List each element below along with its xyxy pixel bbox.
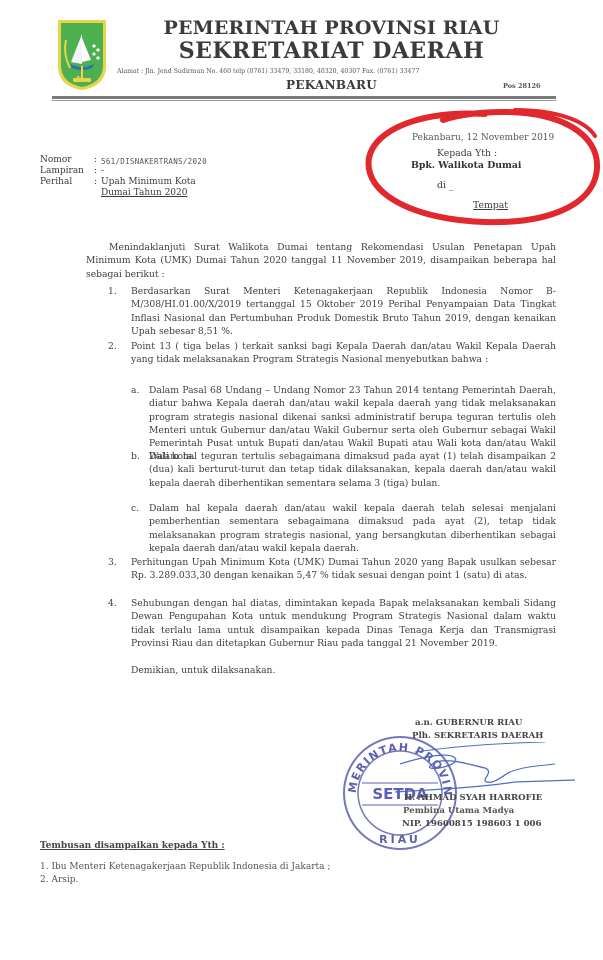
lampiran-label: Lampiran [40, 166, 100, 177]
letterhead-rule-thin [52, 100, 556, 101]
closing-text: Demikian, untuk dilaksanakan. [131, 664, 275, 677]
item-number: 3. [108, 556, 117, 569]
letterhead-rule [52, 96, 556, 99]
signatory-nip: NIP. 19600815 198603 1 006 [402, 819, 542, 829]
item-1-text: Berdasarkan Surat Menteri Ketenagakerjaa… [131, 285, 556, 338]
signatory-rank: Pembina Utama Madya [403, 806, 514, 816]
item-number: 4. [108, 597, 117, 610]
subitem-b-text: Dalam hal teguran tertulis sebagaimana d… [149, 450, 556, 490]
colon: : [94, 166, 97, 177]
intro-paragraph: Menindaklanjuti Surat Walikota Dumai ten… [86, 241, 556, 281]
letterhead-subtitle: SEKRETARIAT DAERAH [0, 38, 603, 64]
letterhead-postal: Pos 28126 [503, 82, 541, 90]
signature-on-behalf: a.n. GUBERNUR RIAU [415, 718, 522, 728]
perihal-label: Perihal [40, 177, 100, 188]
letterhead-address: Alamat : Jln. Jend Sudirman No. 460 telp… [117, 68, 419, 75]
cc-title: Tembusan disampaikan kepada Yth : [40, 841, 225, 851]
nomor-label: Nomor [40, 155, 100, 166]
cc-item: 1. Ibu Menteri Ketenagakerjaan Republik … [40, 862, 330, 872]
colon: : [94, 155, 97, 166]
red-annotation-circle [355, 106, 603, 231]
lampiran-value: - [101, 166, 104, 177]
perihal-value: Upah Minimum Kota [101, 177, 196, 188]
item-number: 1. [108, 285, 117, 298]
nomor-value: 561/DISNAKERTRANS/2020 [101, 157, 207, 166]
item-4-text: Sehubungan dengan hal diatas, dimintakan… [131, 597, 556, 650]
item-3-text: Perhitungan Upah Minimum Kota (UMK) Duma… [131, 556, 556, 583]
cc-item: 2. Arsip. [40, 875, 78, 885]
subitem-c-text: Dalam hal kepala daerah dan/atau wakil k… [149, 502, 556, 555]
item-2-text: Point 13 ( tiga belas ) terkait sanksi b… [131, 340, 556, 367]
subitem-letter: b. [131, 450, 140, 463]
stamp-bottom-text: RIAU [379, 833, 421, 846]
subitem-letter: c. [131, 502, 139, 515]
subitem-letter: a. [131, 384, 139, 397]
perihal-value-2: Dumai Tahun 2020 [101, 188, 187, 199]
letterhead-title: PEMERINTAH PROVINSI RIAU [0, 17, 603, 39]
signatory-name: H. AHMAD SYAH HARROFIE [404, 793, 542, 803]
item-number: 2. [108, 340, 117, 353]
colon: : [94, 177, 97, 188]
